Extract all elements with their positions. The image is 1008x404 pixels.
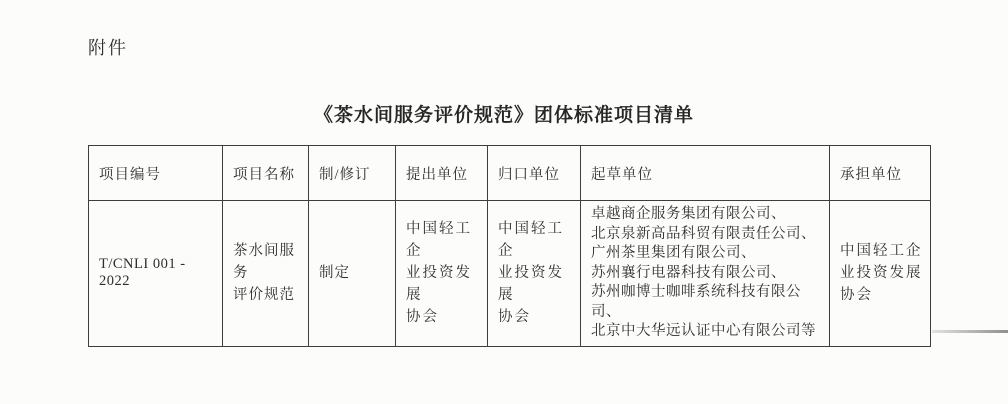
col-header-drafting-units: 起草单位 <box>581 146 830 201</box>
cell-revision-type: 制定 <box>309 201 396 347</box>
cell-project-name: 茶水间服务 评价规范 <box>223 201 309 347</box>
col-header-project-number: 项目编号 <box>89 146 223 201</box>
cell-proposing-unit: 中国轻工企 业投资发展 协会 <box>396 201 488 347</box>
col-header-revision-type: 制/修订 <box>309 146 396 201</box>
cell-centralized-unit: 中国轻工企 业投资发展 协会 <box>488 201 581 347</box>
col-header-centralized-unit: 归口单位 <box>488 146 581 201</box>
cell-undertaking-unit: 中国轻工企 业投资发展 协会 <box>830 201 931 347</box>
scan-edge-artifact <box>932 330 1008 333</box>
attachment-label: 附件 <box>88 34 128 60</box>
document-title: 《茶水间服务评价规范》团体标准项目清单 <box>0 100 1008 127</box>
cell-drafting-units: 卓越商企服务集团有限公司、 北京泉新高品科贸有限责任公司、 广州茶里集团有限公司… <box>581 201 830 347</box>
cell-project-number: T/CNLI 001 - 2022 <box>89 201 223 347</box>
col-header-project-name: 项目名称 <box>223 146 309 201</box>
table-row: T/CNLI 001 - 2022 茶水间服务 评价规范 制定 中国轻工企 业投… <box>89 201 931 347</box>
col-header-undertaking-unit: 承担单位 <box>830 146 931 201</box>
standards-project-table: 项目编号 项目名称 制/修订 提出单位 归口单位 起草单位 承担单位 T/CNL… <box>88 145 931 347</box>
col-header-proposing-unit: 提出单位 <box>396 146 488 201</box>
document-page: 附件 《茶水间服务评价规范》团体标准项目清单 项目编号 项目名称 制/修订 提出… <box>0 0 1008 404</box>
table-header-row: 项目编号 项目名称 制/修订 提出单位 归口单位 起草单位 承担单位 <box>89 146 931 201</box>
